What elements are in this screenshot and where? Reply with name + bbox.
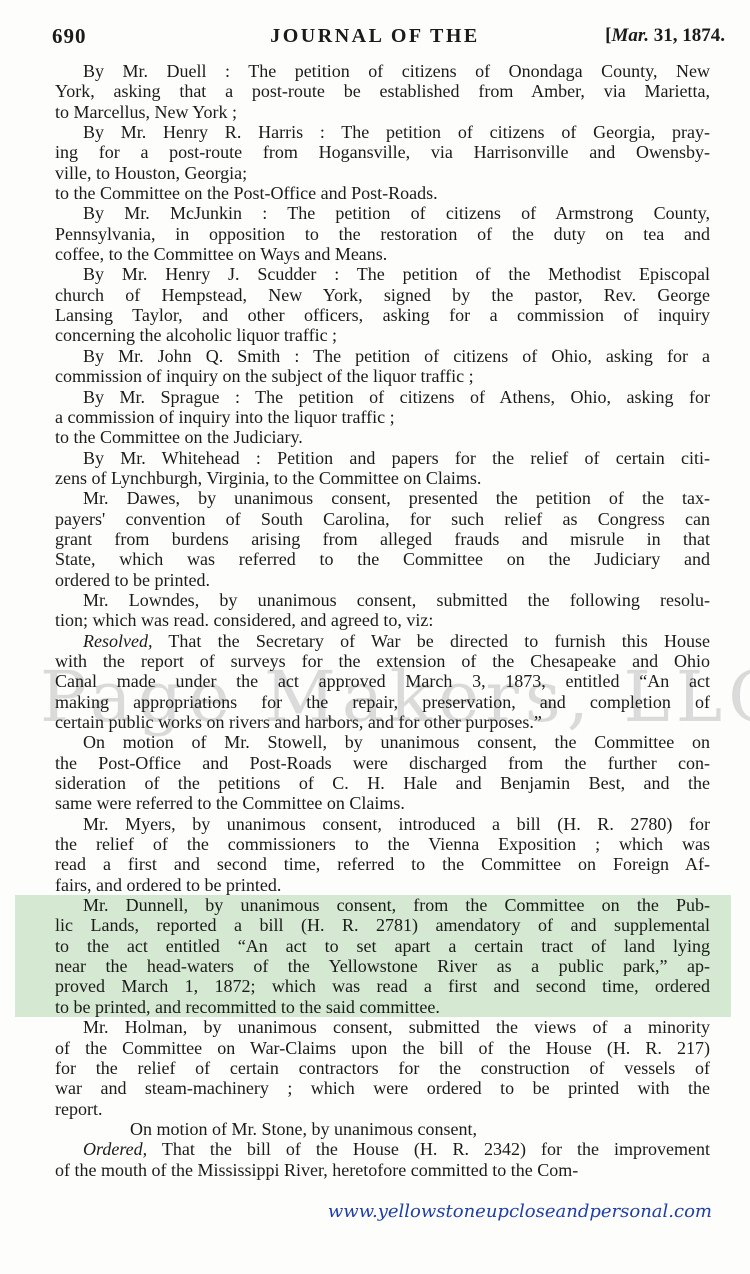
paragraph: On motion of Mr. Stowell, by unanimous c… <box>55 732 710 813</box>
text-line: to be printed, and recommitted to the sa… <box>55 997 710 1017</box>
text-segment: of the Committee on War-Claims upon the … <box>55 1038 710 1058</box>
footer: www.yellowstoneupcloseandpersonal.com <box>328 1201 712 1222</box>
paragraph: Resolved, That the Secretary of War be d… <box>55 631 710 733</box>
text-line: of the mouth of the Mississippi River, h… <box>55 1160 710 1180</box>
text-line: with the report of surveys for the exten… <box>55 651 710 671</box>
text-line: By Mr. Henry J. Scudder : The petition o… <box>55 264 710 284</box>
text-segment: Canal made under the act approved March … <box>55 671 710 691</box>
text-line: lic Lands, reported a bill (H. R. 2781) … <box>55 915 710 935</box>
text-segment: By Mr. Duell : The petition of citizens … <box>83 61 710 81</box>
text-line: Lansing Taylor, and other officers, aski… <box>55 305 710 325</box>
paragraph: By Mr. Henry R. Harris : The petition of… <box>55 122 710 183</box>
text-segment: ville, to Houston, Georgia; <box>55 163 247 183</box>
text-segment: By Mr. Sprague : The petition of citizen… <box>83 387 710 407</box>
text-line: Canal made under the act approved March … <box>55 671 710 691</box>
text-line: report. <box>55 1099 710 1119</box>
paragraph: Ordered, That the bill of the House (H. … <box>55 1139 710 1180</box>
text-line: State, which was referred to the Committ… <box>55 549 710 569</box>
text-segment: tion; which was read. considered, and ag… <box>55 610 433 630</box>
text-line: coffee, to the Committee on Ways and Mea… <box>55 244 710 264</box>
text-segment: sideration of the petitions of C. H. Hal… <box>55 773 710 793</box>
text-line: payers' convention of South Carolina, fo… <box>55 509 710 529</box>
text-segment: Mr. Myers, by unanimous consent, introdu… <box>83 814 710 834</box>
text-line: By Mr. McJunkin : The petition of citize… <box>55 203 710 223</box>
paragraph: By Mr. John Q. Smith : The petition of c… <box>55 346 710 387</box>
text-line: the relief of the commissioners to the V… <box>55 834 710 854</box>
text-segment: Mr. Dunnell, by unanimous consent, from … <box>83 895 710 915</box>
highlighted-paragraph: Mr. Dunnell, by unanimous consent, from … <box>15 895 731 1017</box>
text-segment: payers' convention of South Carolina, fo… <box>55 509 710 529</box>
text-segment: same were referred to the Committee on C… <box>55 793 405 813</box>
text-segment: with the report of surveys for the exten… <box>55 651 710 671</box>
text-segment: war and steam-machinery ; which were ord… <box>55 1078 710 1098</box>
paragraph: On motion of Mr. Stone, by unanimous con… <box>55 1119 710 1139</box>
paragraph: Mr. Myers, by unanimous consent, introdu… <box>55 814 710 895</box>
text-line: Mr. Myers, by unanimous consent, introdu… <box>55 814 710 834</box>
text-line: certain public works on rivers and harbo… <box>55 712 710 732</box>
text-segment: to the Committee on the Judiciary. <box>55 427 303 447</box>
text-line: On motion of Mr. Stowell, by unanimous c… <box>55 732 710 752</box>
text-segment: near the head-waters of the Yellowstone … <box>55 956 710 976</box>
text-segment: church of Hempstead, New York, signed by… <box>55 285 710 305</box>
text-line: commission of inquiry on the subject of … <box>55 366 710 386</box>
text-segment: concerning the alcoholic liquor traffic … <box>55 325 337 345</box>
text-segment: That the Secretary of War be directed to… <box>152 631 710 651</box>
text-line: ville, to Houston, Georgia; <box>55 163 710 183</box>
text-line: to the act entitled “An act to set apart… <box>55 936 710 956</box>
text-segment: By Mr. Henry R. Harris : The petition of… <box>83 122 710 142</box>
text-line: By Mr. Sprague : The petition of citizen… <box>55 387 710 407</box>
text-segment: grant from burdens arising from alleged … <box>55 529 710 549</box>
text-line: near the head-waters of the Yellowstone … <box>55 956 710 976</box>
text-line: to Marcellus, New York ; <box>55 102 710 122</box>
text-segment: of the mouth of the Mississippi River, h… <box>55 1160 578 1180</box>
text-line: for the relief of certain contractors fo… <box>55 1058 710 1078</box>
text-line: making appropriations for the repair, pr… <box>55 692 710 712</box>
text-segment: fairs, and ordered to be printed. <box>55 875 281 895</box>
paragraph: to the Committee on the Post-Office and … <box>55 183 710 203</box>
text-segment: certain public works on rivers and harbo… <box>55 712 542 732</box>
italic-lead-word: Resolved, <box>83 631 152 651</box>
text-line: fairs, and ordered to be printed. <box>55 875 710 895</box>
text-segment: On motion of Mr. Stone, by unanimous con… <box>130 1119 477 1139</box>
journal-body-text: By Mr. Duell : The petition of citizens … <box>55 61 710 1180</box>
text-line: Mr. Holman, by unanimous consent, submit… <box>55 1017 710 1037</box>
text-line: On motion of Mr. Stone, by unanimous con… <box>55 1119 710 1139</box>
text-line: Mr. Lowndes, by unanimous consent, submi… <box>55 590 710 610</box>
text-segment: By Mr. Henry J. Scudder : The petition o… <box>83 264 710 284</box>
text-segment: to Marcellus, New York ; <box>55 102 237 122</box>
text-segment: read a first and second time, referred t… <box>55 854 710 874</box>
text-line: ing for a post-route from Hogansville, v… <box>55 142 710 162</box>
text-line: concerning the alcoholic liquor traffic … <box>55 325 710 345</box>
text-line: church of Hempstead, New York, signed by… <box>55 285 710 305</box>
text-segment: to the Committee on the Post-Office and … <box>55 183 438 203</box>
text-segment: zens of Lynchburgh, Virginia, to the Com… <box>55 468 481 488</box>
text-segment: report. <box>55 1099 102 1119</box>
text-segment: Mr. Lowndes, by unanimous consent, submi… <box>83 590 710 610</box>
text-segment: York, asking that a post-route be establ… <box>55 81 710 101</box>
text-line: By Mr. Henry R. Harris : The petition of… <box>55 122 710 142</box>
text-segment: That the bill of the House (H. R. 2342) … <box>147 1139 710 1159</box>
text-line: Pennsylvania, in opposition to the resto… <box>55 224 710 244</box>
text-segment: On motion of Mr. Stowell, by unanimous c… <box>83 732 710 752</box>
text-line: Mr. Dunnell, by unanimous consent, from … <box>55 895 710 915</box>
footer-url[interactable]: www.yellowstoneupcloseandpersonal.com <box>328 1201 712 1222</box>
text-segment: State, which was referred to the Committ… <box>55 549 710 569</box>
text-segment: making appropriations for the repair, pr… <box>55 692 710 712</box>
text-segment: proved March 1, 1872; which was read a f… <box>55 976 710 996</box>
text-line: York, asking that a post-route be establ… <box>55 81 710 101</box>
text-line: zens of Lynchburgh, Virginia, to the Com… <box>55 468 710 488</box>
header-date-rest: 31, 1874. <box>649 25 725 46</box>
text-line: a commission of inquiry into the liquor … <box>55 407 710 427</box>
paragraph: By Mr. Duell : The petition of citizens … <box>55 61 710 122</box>
text-segment: to be printed, and recommitted to the sa… <box>55 997 440 1017</box>
text-line: sideration of the petitions of C. H. Hal… <box>55 773 710 793</box>
text-segment: By Mr. John Q. Smith : The petition of c… <box>83 346 710 366</box>
text-line: By Mr. Whitehead : Petition and papers f… <box>55 448 710 468</box>
header-date-month: Mar. <box>612 25 650 46</box>
text-line: Ordered, That the bill of the House (H. … <box>55 1139 710 1159</box>
text-segment: coffee, to the Committee on Ways and Mea… <box>55 244 387 264</box>
text-line: ordered to be printed. <box>55 570 710 590</box>
text-segment: Lansing Taylor, and other officers, aski… <box>55 305 710 325</box>
text-line: war and steam-machinery ; which were ord… <box>55 1078 710 1098</box>
text-line: the Post-Office and Post-Roads were disc… <box>55 753 710 773</box>
text-line: to the Committee on the Judiciary. <box>55 427 710 447</box>
text-line: By Mr. Duell : The petition of citizens … <box>55 61 710 81</box>
text-segment: By Mr. Whitehead : Petition and papers f… <box>83 448 710 468</box>
text-segment: for the relief of certain contractors fo… <box>55 1058 710 1078</box>
text-segment: Mr. Holman, by unanimous consent, submit… <box>83 1017 710 1037</box>
text-line: same were referred to the Committee on C… <box>55 793 710 813</box>
paragraph: Mr. Dawes, by unanimous consent, present… <box>55 488 710 590</box>
text-line: grant from burdens arising from alleged … <box>55 529 710 549</box>
text-line: tion; which was read. considered, and ag… <box>55 610 710 630</box>
text-segment: the Post-Office and Post-Roads were disc… <box>55 753 710 773</box>
text-segment: ing for a post-route from Hogansville, v… <box>55 142 710 162</box>
text-line: of the Committee on War-Claims upon the … <box>55 1038 710 1058</box>
paragraph: Mr. Lowndes, by unanimous consent, submi… <box>55 590 710 631</box>
text-segment: a commission of inquiry into the liquor … <box>55 407 395 427</box>
paragraph: By Mr. Whitehead : Petition and papers f… <box>55 448 710 489</box>
text-segment: ordered to be printed. <box>55 570 210 590</box>
paragraph: Mr. Holman, by unanimous consent, submit… <box>55 1017 710 1119</box>
paragraph: By Mr. Henry J. Scudder : The petition o… <box>55 264 710 345</box>
paragraph: By Mr. Sprague : The petition of citizen… <box>55 387 710 428</box>
text-segment: commission of inquiry on the subject of … <box>55 366 474 386</box>
text-segment: Mr. Dawes, by unanimous consent, present… <box>83 488 710 508</box>
text-segment: lic Lands, reported a bill (H. R. 2781) … <box>55 915 710 935</box>
italic-lead-word: Ordered, <box>83 1139 147 1159</box>
text-segment: to the act entitled “An act to set apart… <box>55 936 710 956</box>
text-line: proved March 1, 1872; which was read a f… <box>55 976 710 996</box>
paragraph: By Mr. McJunkin : The petition of citize… <box>55 203 710 264</box>
text-segment: By Mr. McJunkin : The petition of citize… <box>83 203 710 223</box>
header-date: [Mar. 31, 1874. <box>605 25 725 47</box>
paragraph: to the Committee on the Judiciary. <box>55 427 710 447</box>
text-segment: the relief of the commissioners to the V… <box>55 834 710 854</box>
text-line: read a first and second time, referred t… <box>55 854 710 874</box>
scanned-journal-page: 690 JOURNAL OF THE [Mar. 31, 1874. Page … <box>0 0 750 1274</box>
text-line: to the Committee on the Post-Office and … <box>55 183 710 203</box>
text-segment: Pennsylvania, in opposition to the resto… <box>55 224 710 244</box>
text-line: By Mr. John Q. Smith : The petition of c… <box>55 346 710 366</box>
text-line: Resolved, That the Secretary of War be d… <box>55 631 710 651</box>
text-line: Mr. Dawes, by unanimous consent, present… <box>55 488 710 508</box>
